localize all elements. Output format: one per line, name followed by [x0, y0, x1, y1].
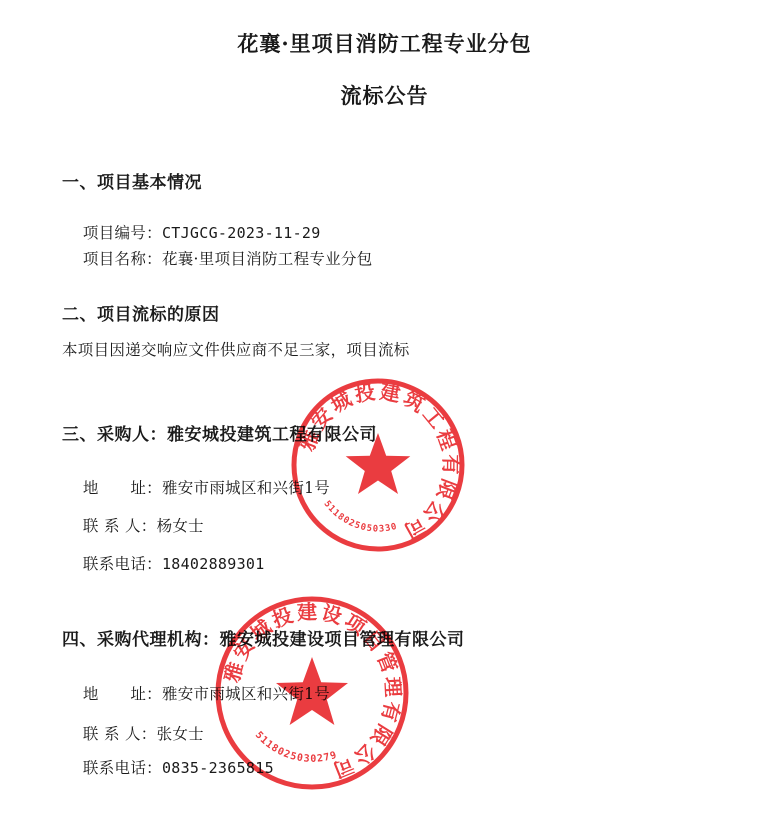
agency-address-label: 地 址： — [83, 685, 162, 703]
agency-phone-label: 联系电话： — [83, 759, 162, 777]
purchaser-name: 雅安城投建筑工程有限公司 — [167, 425, 377, 445]
agency-address-value: 雅安市雨城区和兴街1号 — [162, 685, 330, 703]
purchaser-address-value: 雅安市雨城区和兴街1号 — [162, 479, 330, 497]
document-subtitle: 流标公告 — [0, 80, 769, 110]
document-title: 花襄·里项目消防工程专业分包 — [0, 28, 769, 58]
failure-reason-text: 本项目因递交响应文件供应商不足三家，项目流标 — [62, 338, 410, 360]
section-failure-reason-heading: 二、项目流标的原因 — [62, 300, 220, 325]
purchaser-phone-value: 18402889301 — [162, 555, 265, 573]
purchaser-contact-value: 杨女士 — [157, 517, 204, 535]
project-name-row: 项目名称：花襄·里项目消防工程专业分包 — [62, 229, 373, 287]
project-name-label: 项目名称： — [83, 250, 162, 268]
purchaser-phone-row: 联系电话：18402889301 — [62, 534, 265, 592]
section-basic-info-heading: 一、项目基本情况 — [62, 168, 202, 193]
agency-phone-value: 0835-2365815 — [162, 759, 274, 777]
purchaser-phone-label: 联系电话： — [83, 555, 162, 573]
announcement-page: 花襄·里项目消防工程专业分包 流标公告 一、项目基本情况 项目编号：CTJGCG… — [0, 0, 769, 826]
purchaser-contact-label: 联 系 人： — [83, 517, 157, 535]
seal-code: 5118025050330 — [322, 499, 399, 534]
agency-name: 雅安城投建设项目管理有限公司 — [220, 630, 465, 650]
agency-phone-row: 联系电话：0835-2365815 — [62, 738, 274, 796]
purchaser-heading-label: 三、采购人： — [62, 425, 167, 445]
project-name-value: 花襄·里项目消防工程专业分包 — [162, 250, 373, 268]
agency-heading-label: 四、采购代理机构： — [62, 630, 220, 650]
section-agency-heading: 四、采购代理机构：雅安城投建设项目管理有限公司 — [62, 625, 465, 650]
purchaser-address-label: 地 址： — [83, 479, 162, 497]
section-purchaser-heading: 三、采购人：雅安城投建筑工程有限公司 — [62, 420, 377, 445]
